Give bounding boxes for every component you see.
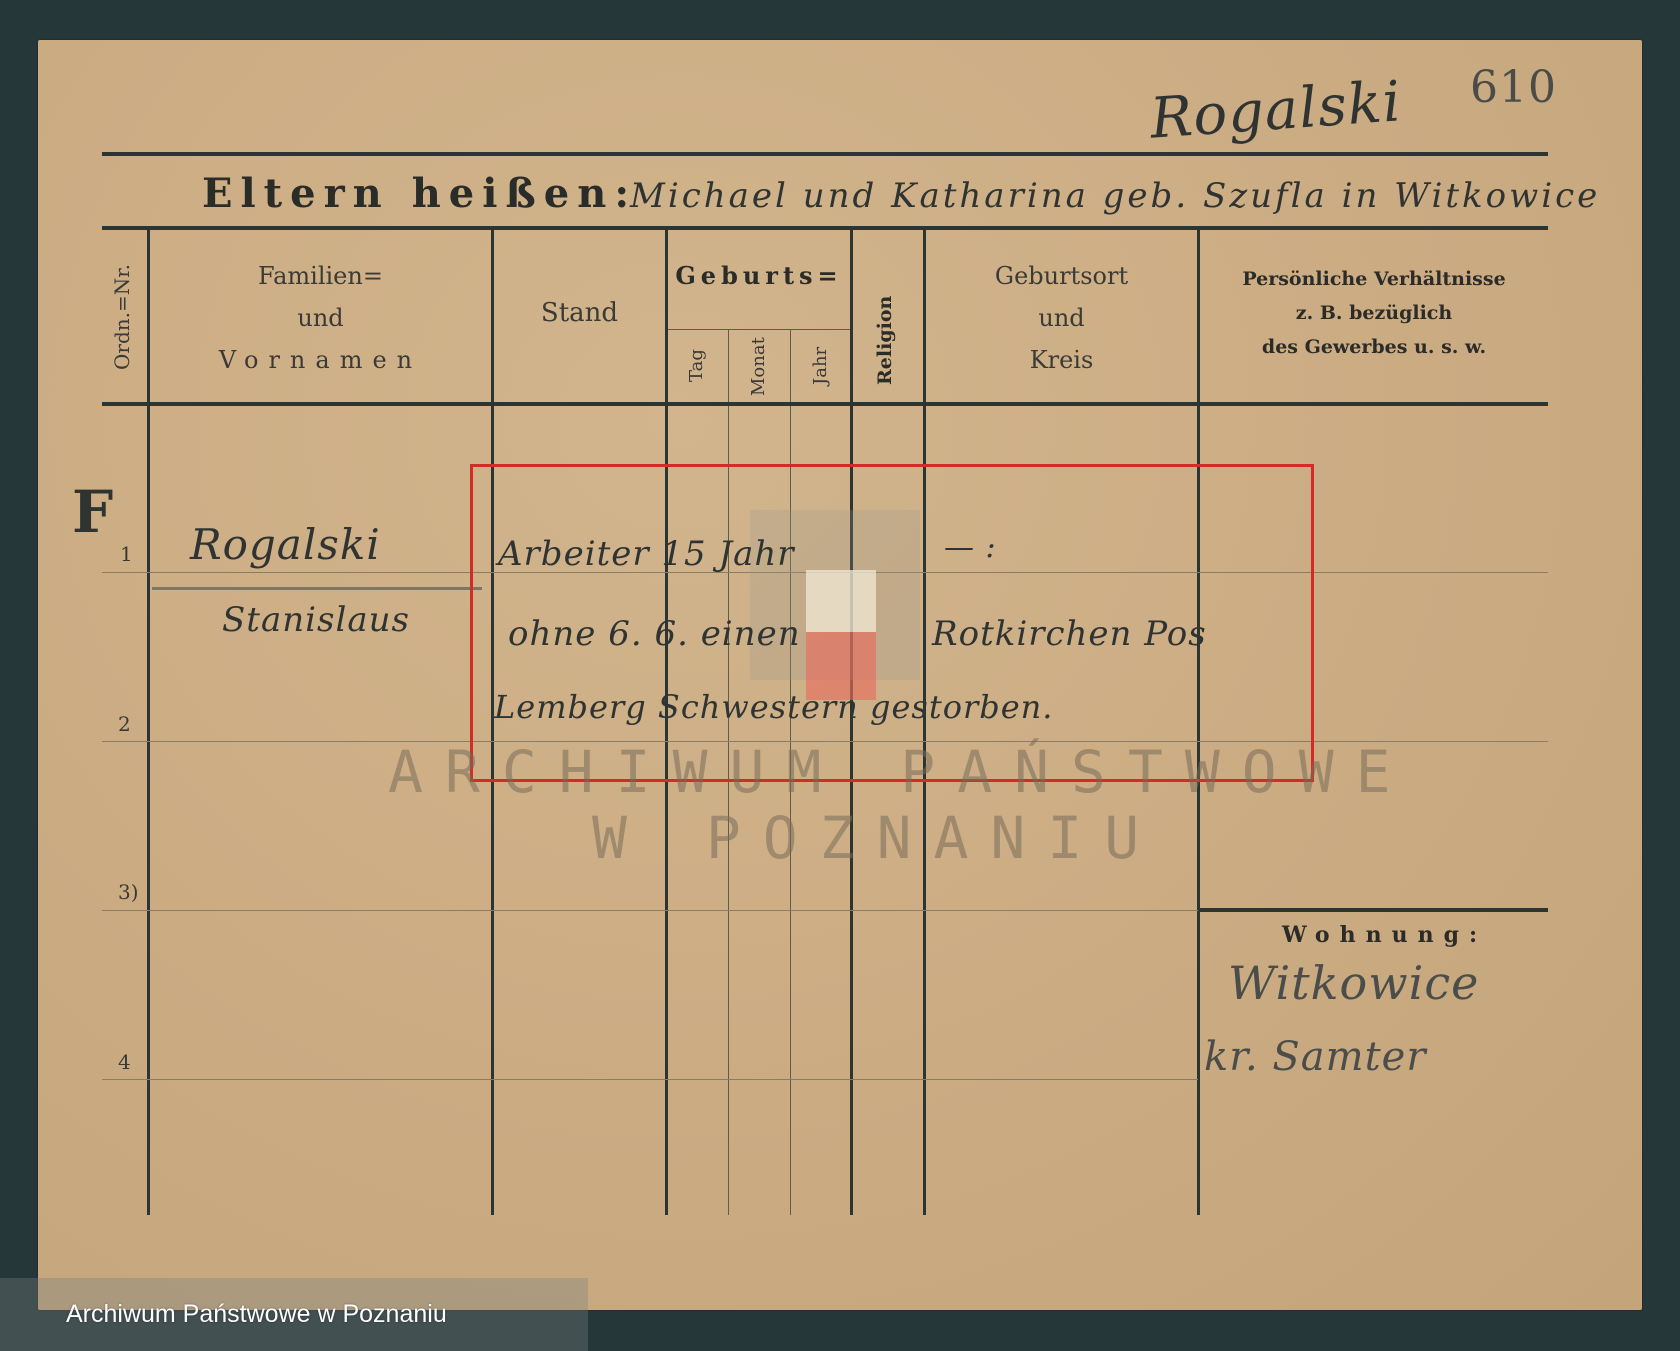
entry-surname: Rogalski (190, 520, 381, 569)
header-birthplace-line3: Kreis (926, 339, 1197, 381)
parents-value: Michael und Katharina geb. Szufla in Wit… (630, 176, 1600, 216)
row-number-4: 4 (118, 1050, 131, 1074)
row-rule-4 (102, 1079, 1198, 1080)
archive-caption-text: Archiwum Państwowe w Poznaniu (66, 1300, 447, 1329)
residence-label: Wohnung: (1282, 922, 1487, 948)
parents-bottom-rule (102, 226, 1548, 230)
entry-given-name: Stanislaus (222, 600, 410, 640)
residence-line1: Witkowice (1228, 956, 1479, 1010)
top-number-annotation: 610 (1470, 62, 1557, 113)
surname-underline (152, 587, 482, 590)
header-personal: Persönliche Verhältnisse z. B. bezüglich… (1200, 262, 1548, 364)
header-names-line2: und (150, 297, 491, 339)
header-bottom-rule (102, 402, 1548, 406)
header-religion: Religion (874, 290, 896, 390)
header-personal-line1: Persönliche Verhältnisse (1200, 262, 1548, 296)
header-birth-group: Geburts= (668, 255, 850, 297)
row-number-2: 2 (118, 712, 131, 736)
header-names: Familien= und Vornamen (150, 255, 491, 381)
archive-caption: Archiwum Państwowe w Poznaniu (0, 1278, 588, 1351)
header-jahr: Jahr (810, 338, 831, 394)
parents-label: Eltern heißen: (202, 170, 637, 217)
watermark-line2: W POZNANIU (592, 804, 1161, 872)
header-tag: Tag (686, 338, 707, 394)
header-monat: Monat (748, 332, 769, 402)
header-stand: Stand (494, 292, 665, 334)
watermark-line1: ARCHIWUM PAŃSTWOWE (388, 738, 1413, 806)
selection-box[interactable] (470, 464, 1314, 782)
row-rule-3 (102, 910, 1198, 911)
row-number-3: 3) (118, 880, 139, 904)
residence-top-rule (1200, 908, 1548, 912)
header-names-line3: Vornamen (150, 339, 491, 381)
parents-top-rule (102, 152, 1548, 156)
header-personal-line3: des Gewerbes u. s. w. (1200, 330, 1548, 364)
birth-subheader-rule (668, 329, 850, 330)
header-birthplace: Geburtsort und Kreis (926, 255, 1197, 381)
row-number-1: 1 (120, 542, 133, 566)
residence-line2: kr. Samter (1204, 1034, 1426, 1080)
header-birthplace-line1: Geburtsort (926, 255, 1197, 297)
row-mark: F (72, 478, 114, 546)
header-ordn-nr: Ordn.=Nr. (110, 262, 134, 372)
header-birthplace-line2: und (926, 297, 1197, 339)
header-personal-line2: z. B. bezüglich (1200, 296, 1548, 330)
header-names-line1: Familien= (150, 255, 491, 297)
